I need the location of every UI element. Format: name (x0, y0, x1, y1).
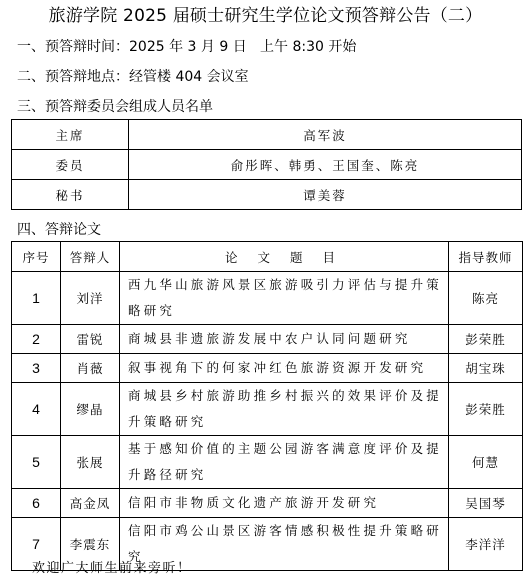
cell-topic: 基于感知价值的主题公园游客满意度评价及提升路径研究 (120, 436, 449, 489)
cell-student: 高金凤 (61, 489, 120, 518)
defense-time: 一、预答辩时间：2025 年 3 月 9 日 上午 8:30 开始 (17, 37, 356, 57)
cell-topic: 信阳市非物质文化遗产旅游开发研究 (120, 489, 449, 518)
table-row: 2 雷锐 商城县非遗旅游发展中农户认同问题研究 彭荣胜 (12, 325, 523, 354)
defense-time-label: 一、预答辩时间： (17, 39, 129, 55)
cell-no: 5 (12, 436, 61, 489)
cell-student: 刘洋 (61, 272, 120, 325)
cell-student: 缪晶 (61, 383, 120, 436)
cell-no: 1 (12, 272, 61, 325)
defense-place-label: 二、预答辩地点： (17, 69, 129, 85)
theses-table: 序号 答辩人 论 文 题 目 指导教师 1 刘洋 西九华山旅游风景区旅游吸引力评… (11, 241, 523, 571)
cell-no: 4 (12, 383, 61, 436)
table-row: 3 肖薇 叙事视角下的何家冲红色旅游资源开发研究 胡宝珠 (12, 354, 523, 383)
cell-advisor: 何慧 (449, 436, 523, 489)
cell-no: 2 (12, 325, 61, 354)
cell-no: 3 (12, 354, 61, 383)
committee-role: 主席 (12, 120, 129, 150)
welcome-note: 欢迎广大师生前来旁听！ (32, 557, 192, 576)
committee-role: 委员 (12, 150, 129, 180)
cell-advisor: 彭荣胜 (449, 325, 523, 354)
cell-advisor: 胡宝珠 (449, 354, 523, 383)
column-header-topic: 论 文 题 目 (120, 242, 449, 272)
committee-table: 主席 高军波 委员 俞彤晖、韩勇、王国奎、陈亮 秘书 谭美蓉 (11, 119, 522, 210)
defense-place: 二、预答辩地点：经管楼 404 会议室 (17, 67, 249, 87)
cell-topic: 商城县乡村旅游助推乡村振兴的效果评价及提升策略研究 (120, 383, 449, 436)
cell-advisor: 吴国琴 (449, 489, 523, 518)
cell-advisor: 彭荣胜 (449, 383, 523, 436)
theses-heading: 四、答辩论文 (17, 220, 101, 240)
cell-advisor: 李洋洋 (449, 518, 523, 571)
table-row: 4 缪晶 商城县乡村旅游助推乡村振兴的效果评价及提升策略研究 彭荣胜 (12, 383, 523, 436)
committee-role: 秘书 (12, 180, 129, 210)
page-title: 旅游学院 2025 届硕士研究生学位论文预答辩公告（二） (0, 4, 531, 28)
table-header-row: 序号 答辩人 论 文 题 目 指导教师 (12, 242, 523, 272)
cell-student: 雷锐 (61, 325, 120, 354)
committee-members: 高军波 (129, 120, 522, 150)
cell-student: 肖薇 (61, 354, 120, 383)
cell-advisor: 陈亮 (449, 272, 523, 325)
table-row: 6 高金凤 信阳市非物质文化遗产旅游开发研究 吴国琴 (12, 489, 523, 518)
cell-topic: 西九华山旅游风景区旅游吸引力评估与提升策略研究 (120, 272, 449, 325)
cell-no: 6 (12, 489, 61, 518)
committee-row-secretary: 秘书 谭美蓉 (12, 180, 522, 210)
committee-row-members: 委员 俞彤晖、韩勇、王国奎、陈亮 (12, 150, 522, 180)
defense-place-value: 经管楼 404 会议室 (129, 69, 249, 85)
column-header-advisor: 指导教师 (449, 242, 523, 272)
table-row: 5 张展 基于感知价值的主题公园游客满意度评价及提升路径研究 何慧 (12, 436, 523, 489)
cell-topic: 商城县非遗旅游发展中农户认同问题研究 (120, 325, 449, 354)
table-row: 1 刘洋 西九华山旅游风景区旅游吸引力评估与提升策略研究 陈亮 (12, 272, 523, 325)
committee-heading: 三、预答辩委员会组成人员名单 (17, 97, 213, 117)
cell-topic: 叙事视角下的何家冲红色旅游资源开发研究 (120, 354, 449, 383)
committee-members: 谭美蓉 (129, 180, 522, 210)
defense-time-value: 2025 年 3 月 9 日 上午 8:30 开始 (129, 39, 356, 55)
column-header-no: 序号 (12, 242, 61, 272)
committee-members: 俞彤晖、韩勇、王国奎、陈亮 (129, 150, 522, 180)
column-header-student: 答辩人 (61, 242, 120, 272)
committee-row-chair: 主席 高军波 (12, 120, 522, 150)
cell-student: 张展 (61, 436, 120, 489)
